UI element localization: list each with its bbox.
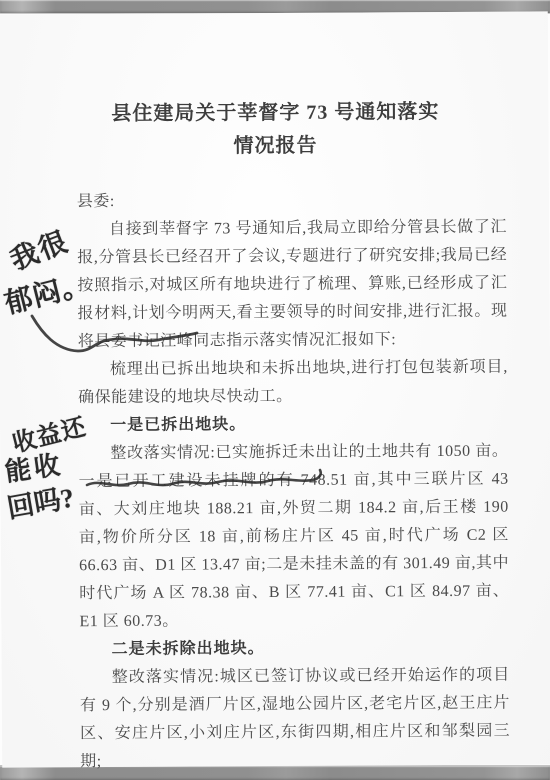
document-content: 县住建局关于莘督字 73 号通知落实 情况报告 县委: 自接到莘督字 73 号通… — [0, 11, 550, 776]
document-title-line1: 县住建局关于莘督字 73 号通知落实 — [60, 96, 490, 132]
salutation: 县委: — [77, 186, 507, 217]
paragraph-summary: 梳理出已拆出地块和未拆出地块,进行打包包装新项目,确保能建设的地块尽快动工。 — [78, 354, 508, 413]
document-title-line2: 情况报告 — [60, 129, 490, 165]
section1-heading: 一是已拆出地块。 — [78, 410, 508, 441]
section2-heading: 二是未拆除出地块。 — [80, 634, 510, 665]
document-page: 县住建局关于莘督字 73 号通知落实 情况报告 县委: 自接到莘督字 73 号通… — [0, 11, 550, 767]
section1-body: 整改落实情况:已实施拆迁未出让的土地共有 1050 亩。一是已开工建设未挂牌的有… — [78, 438, 509, 637]
document-title: 县住建局关于莘督字 73 号通知落实 情况报告 — [60, 96, 490, 165]
scanned-document: 县住建局关于莘督字 73 号通知落实 情况报告 县委: 自接到莘督字 73 号通… — [0, 0, 550, 780]
paragraph-intro: 自接到莘督字 73 号通知后,我局立即给分管县长做了汇报,分管县长已经召开了会议… — [77, 214, 508, 357]
section2-body: 整改落实情况:城区已签订协议或已经开始运作的项目有 9 个,分别是酒厂片区,湿地… — [80, 662, 511, 777]
